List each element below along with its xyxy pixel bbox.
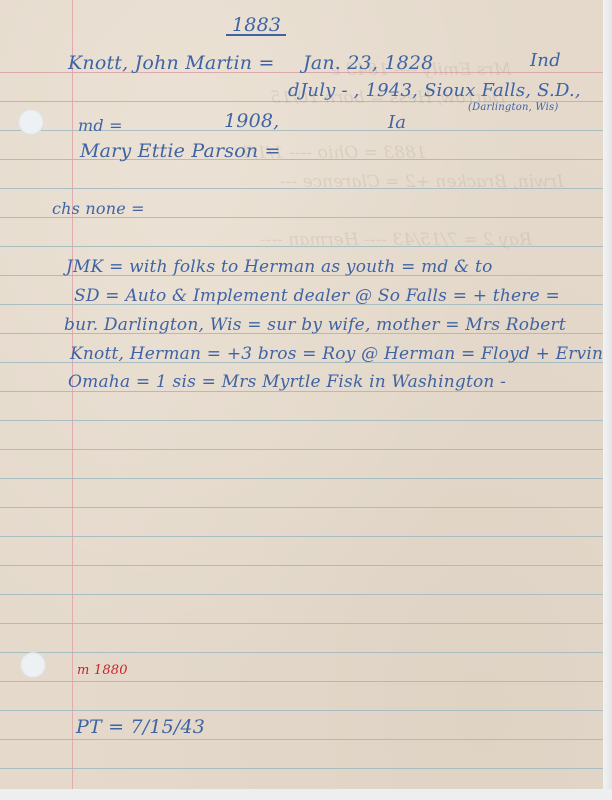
ruled-line bbox=[0, 478, 603, 479]
ruled-line bbox=[0, 536, 603, 537]
married-year: 1908, bbox=[224, 110, 279, 132]
children-line: chs none = bbox=[52, 199, 145, 218]
red-annotation: m 1880 bbox=[77, 663, 128, 678]
note-line: SD = Auto & Implement dealer @ So Falls … bbox=[74, 286, 560, 306]
notebook-page: Mrs Emily ---- 1843 e Darrow, Hess = bor… bbox=[0, 0, 603, 789]
birth-date: Jan. 23, 1828 bbox=[303, 52, 433, 74]
ruled-line bbox=[0, 768, 603, 769]
footer-note: PT = 7/15/43 bbox=[76, 716, 205, 738]
ruled-line bbox=[0, 710, 603, 711]
ruled-line bbox=[0, 507, 603, 508]
note-line: bur. Darlington, Wis = sur by wife, moth… bbox=[64, 315, 566, 335]
ruled-line bbox=[0, 565, 603, 566]
bleed-through-text: Ray 2 = 7/15/43 ---- Herman ---- bbox=[260, 230, 532, 250]
punch-hole bbox=[18, 109, 44, 135]
note-line: JMK = with folks to Herman as youth = md… bbox=[66, 257, 493, 277]
death-info: July - , 1943, Sioux Falls, S.D., bbox=[300, 80, 581, 101]
ruled-line bbox=[0, 623, 603, 624]
margin-line bbox=[72, 0, 73, 789]
page-title: 1883 bbox=[232, 14, 281, 36]
scan-edge-right bbox=[603, 0, 612, 800]
ruled-line bbox=[0, 681, 603, 682]
person-name: Knott, John Martin = bbox=[68, 52, 275, 74]
married-place: Ia bbox=[388, 112, 406, 133]
ruled-line bbox=[0, 594, 603, 595]
ruled-line bbox=[0, 739, 603, 740]
scan-edge-bottom bbox=[0, 789, 612, 800]
death-prefix: d bbox=[288, 80, 300, 101]
married-label: md = bbox=[78, 116, 123, 135]
punch-hole bbox=[20, 652, 46, 678]
ruled-line bbox=[0, 420, 603, 421]
ruled-line bbox=[0, 449, 603, 450]
spouse-name: Mary Ettie Parson = bbox=[80, 140, 281, 162]
title-underline bbox=[226, 34, 286, 36]
bleed-through-text: Irwin, Bracken +2 = Clarence --- bbox=[280, 172, 564, 192]
birth-place: Ind bbox=[530, 50, 561, 71]
death-note: (Darlington, Wis) bbox=[468, 102, 558, 113]
ruled-line bbox=[0, 652, 603, 653]
note-line: Omaha = 1 sis = Mrs Myrtle Fisk in Washi… bbox=[68, 372, 506, 392]
note-line: Knott, Herman = +3 bros = Roy @ Herman =… bbox=[70, 344, 603, 364]
